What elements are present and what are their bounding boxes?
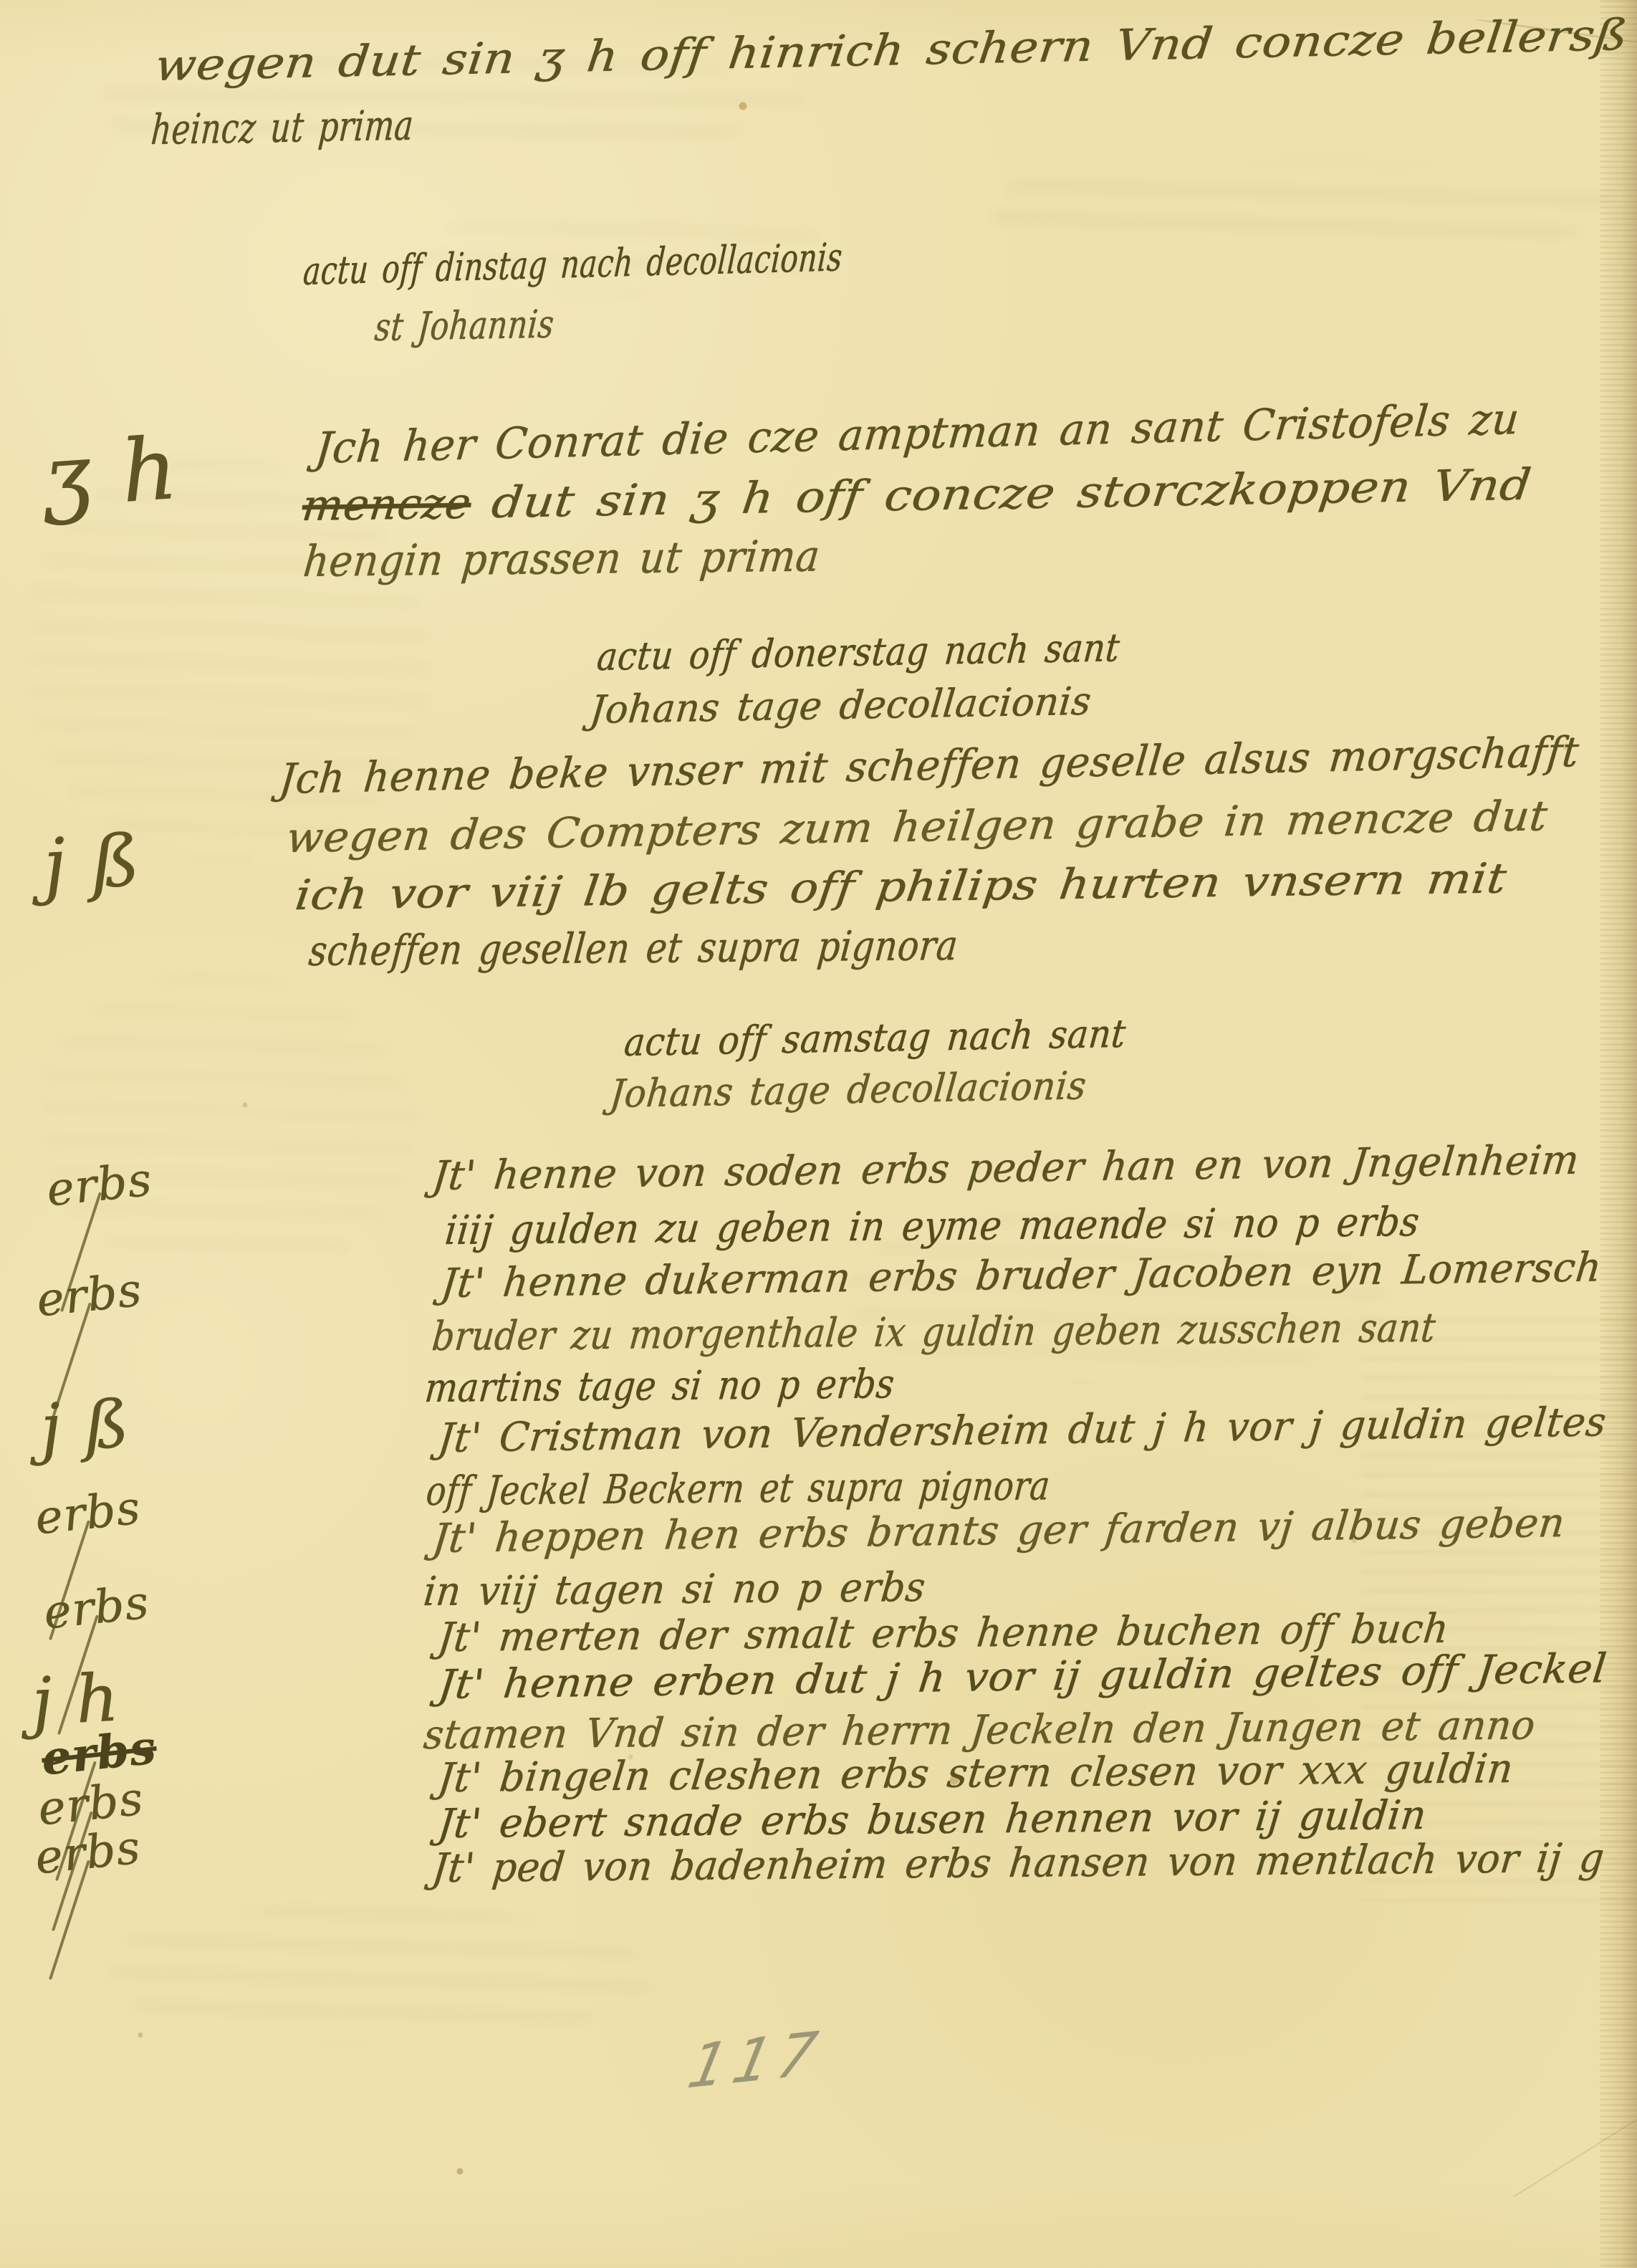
ink-bleed-ghost: [989, 161, 1619, 254]
paper-specks: [0, 0, 1637, 2268]
text-line: actu off dinstag nach decollacionis: [301, 238, 841, 291]
text-line: martins tage si no p erbs: [423, 1364, 892, 1409]
margin-mark: erbs: [44, 1157, 154, 1214]
text-line: Jt' ped von badenheim erbs hansen von me…: [430, 1839, 1602, 1889]
manuscript-page: wegen dut sin ʒ h off hinrich schern Vnd…: [0, 0, 1637, 2268]
ink-bleed-ghost: [43, 975, 416, 1276]
text-line: wegen dut sin ʒ h off hinrich schern Vnd…: [152, 14, 1625, 87]
text-line: actu off samstag nach sant: [622, 1015, 1124, 1062]
text-line: Jt' henne dukerman erbs bruder Jacoben e…: [438, 1248, 1599, 1304]
text-line: heincz ut prima: [149, 105, 412, 150]
text-line: hengin prassen ut prima: [301, 535, 817, 583]
page-number-pencil: 117: [682, 2019, 830, 2102]
text-line: Jt' Cristman von Vendersheim dut j h vor…: [436, 1402, 1604, 1459]
text-line: Jch her Conrat die cze amptman an sant C…: [312, 398, 1517, 470]
text-line: scheffen gesellen et supra pignora: [307, 924, 956, 972]
text-line: iiij gulden zu geben in eyme maende si n…: [443, 1202, 1417, 1251]
fold-crease: [1513, 2082, 1637, 2198]
text-line: bruder zu morgenthale ix guldin geben zu…: [430, 1308, 1434, 1357]
text-line: dut sin ʒ h off concze storczkoppen Vnd: [489, 464, 1529, 525]
margin-mark: erbs: [42, 1580, 151, 1637]
text-line: Johans tage decollacionis: [608, 1066, 1084, 1114]
margin-mark: j ß: [42, 825, 143, 901]
text-line: Jt' henne von soden erbs peder han en vo…: [430, 1141, 1577, 1197]
text-line: Johans tage decollacionis: [587, 682, 1089, 729]
text-line: st Johannis: [373, 305, 552, 347]
margin-mark: erbs: [33, 1825, 143, 1882]
margin-mark: j ß: [39, 1391, 131, 1461]
margin-mark: ʒ h: [39, 426, 181, 522]
margin-mark: erbs: [34, 1268, 144, 1324]
margin-mark: erbs: [33, 1485, 143, 1542]
text-line: ich vor viij lb gelts off philips hurten…: [292, 857, 1504, 916]
text-line: Jch henne beke vnser mit scheffen gesell…: [277, 731, 1577, 800]
text-line: Jt' bingeln cleshen erbs stern clesen vo…: [436, 1749, 1511, 1799]
page-edge-shadow: [1600, 0, 1637, 2268]
ink-bleed-ghost: [107, 1906, 652, 2042]
text-line: actu off donerstag nach sant: [595, 628, 1118, 676]
text-line: wegen des Compters zum heilgen grabe in …: [284, 795, 1545, 858]
text-line: mencze: [299, 482, 469, 527]
text-line: in viij tagen si no p erbs: [421, 1568, 923, 1612]
text-line: off Jeckel Beckern et supra pignora: [424, 1466, 1048, 1512]
